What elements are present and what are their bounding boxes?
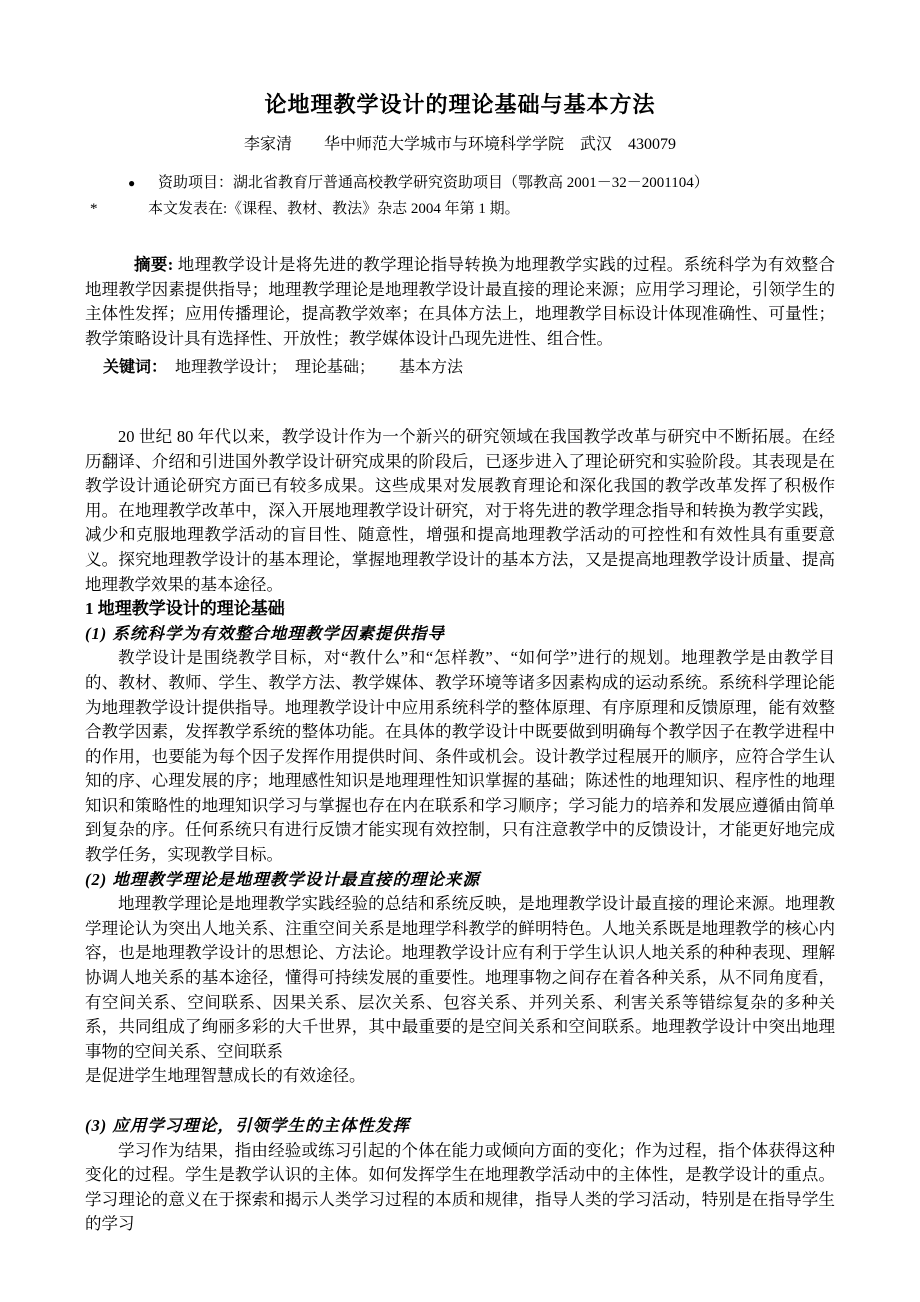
- publication-note: * 本文发表在:《课程、教材、教法》杂志 2004 年第 1 期。: [85, 198, 835, 220]
- funding-note-text: 资助项目：湖北省教育厅普通高校教学研究资助项目（鄂教高 2001－32－2001…: [158, 172, 709, 194]
- abstract-text: 地理教学设计是将先进的教学理论指导转换为地理教学实践的过程。系统科学为有效整合地…: [85, 255, 835, 348]
- subsection-1-heading: (1) 系统科学为有效整合地理教学因素提供指导: [85, 622, 835, 647]
- subsection-2: (2) 地理教学理论是地理教学设计最直接的理论来源 地理教学理论是地理教学实践经…: [85, 868, 835, 1089]
- subsection-1: (1) 系统科学为有效整合地理教学因素提供指导 教学设计是围绕教学目标，对“教什…: [85, 622, 835, 868]
- intro-paragraph: 20 世纪 80 年代以来，教学设计作为一个新兴的研究领域在我国教学改革与研究中…: [85, 425, 835, 597]
- author-line: 李家清 华中师范大学城市与环境科学学院 武汉 430079: [85, 133, 835, 157]
- subsection-2-heading: (2) 地理教学理论是地理教学设计最直接的理论来源: [85, 868, 835, 893]
- keywords-line: 关键词： 地理教学设计； 理论基础； 基本方法: [85, 356, 835, 381]
- page-title: 论地理教学设计的理论基础与基本方法: [85, 90, 835, 120]
- section-1-heading: 1 地理教学设计的理论基础: [85, 597, 835, 622]
- keywords-text: 地理教学设计； 理论基础； 基本方法: [159, 359, 463, 376]
- bullet-icon: ●: [128, 172, 158, 194]
- subsection-3-heading: (3) 应用学习理论，引领学生的主体性发挥: [85, 1114, 835, 1139]
- subsection-2-paragraph: 地理教学理论是地理教学实践经验的总结和系统反映，是地理教学设计最直接的理论来源。…: [85, 892, 835, 1064]
- subsection-3: (3) 应用学习理论，引领学生的主体性发挥 学习作为结果，指由经验或练习引起的个…: [85, 1114, 835, 1237]
- asterisk-marker: *: [90, 198, 148, 220]
- subsection-2-paragraph-continuation: 是促进学生地理智慧成长的有效途径。: [85, 1064, 835, 1089]
- abstract-label: 摘要:: [134, 255, 173, 274]
- abstract-paragraph: 摘要: 地理教学设计是将先进的教学理论指导转换为地理教学实践的过程。系统科学为有…: [85, 253, 835, 351]
- publication-note-text: 本文发表在:《课程、教材、教法》杂志 2004 年第 1 期。: [148, 198, 520, 220]
- subsection-1-paragraph: 教学设计是围绕教学目标，对“教什么”和“怎样教”、“如何学”进行的规划。地理教学…: [85, 646, 835, 867]
- funding-note: ● 资助项目：湖北省教育厅普通高校教学研究资助项目（鄂教高 2001－32－20…: [85, 172, 835, 194]
- document-page: 论地理教学设计的理论基础与基本方法 李家清 华中师范大学城市与环境科学学院 武汉…: [0, 0, 920, 1302]
- keywords-label: 关键词：: [103, 359, 159, 376]
- subsection-3-paragraph: 学习作为结果，指由经验或练习引起的个体在能力或倾向方面的变化；作为过程，指个体获…: [85, 1139, 835, 1237]
